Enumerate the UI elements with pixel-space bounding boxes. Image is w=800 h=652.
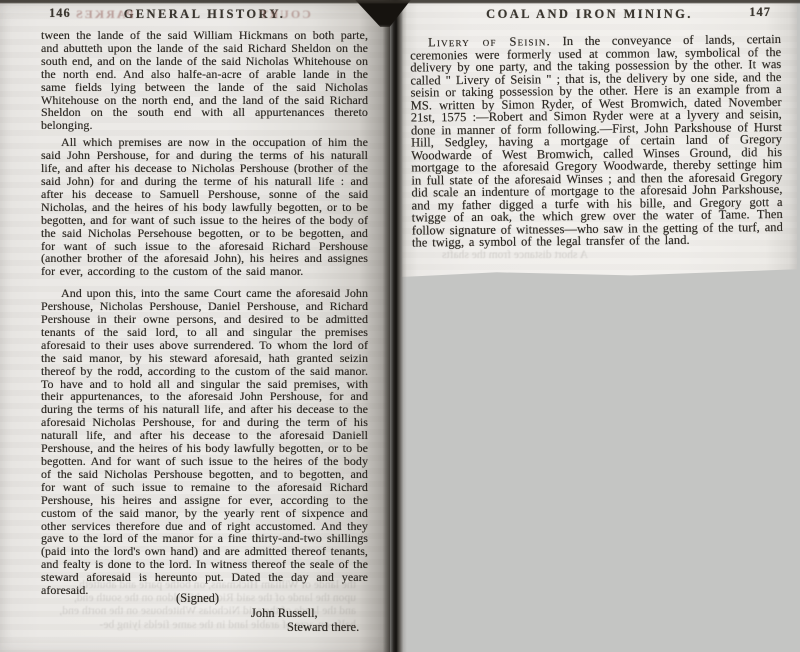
bleedthrough-line: the lande of William Hickmans, on bothe …	[4, 578, 356, 591]
book-spine-shadow	[383, 0, 407, 652]
paragraph-court-admission: And upon this, into the same Court came …	[41, 287, 368, 597]
right-page: COAL AND IRON MINING. 147 Livery of Seis…	[402, 0, 797, 277]
paragraph-court-roll-lands: tween the lande of the said William Hick…	[41, 29, 368, 132]
left-page: 146 GENERAL HISTORY. PARKES COURT tween …	[0, 0, 390, 652]
left-running-header: GENERAL HISTORY.	[41, 7, 368, 22]
bleedthrough-line: upon the lande of the said Richard Sheld…	[4, 591, 356, 604]
paragraph-body: In the conveyance of lands, certain cere…	[410, 32, 783, 250]
paragraph-livery-of-seisin: Livery of Seisin. In the conveyance of l…	[410, 33, 783, 249]
right-page-number: 147	[749, 5, 771, 20]
bleedthrough-line: halfe-an-acre of arable land in the same…	[4, 618, 356, 631]
scan-top-edge	[0, 0, 800, 4]
bleedthrough-right-text: A short distance from the shafts	[442, 249, 588, 261]
book-scan: 146 GENERAL HISTORY. PARKES COURT tween …	[0, 0, 800, 652]
paragraph-premises-occupation: All which premises are now in the occupa…	[41, 136, 368, 278]
left-text-column: tween the lande of the said William Hick…	[41, 29, 368, 601]
right-text-column: Livery of Seisin. In the conveyance of l…	[410, 33, 783, 249]
right-running-header: COAL AND IRON MINING.	[412, 7, 767, 22]
bleedthrough-line: and the lande of the said Nicholas White…	[4, 604, 356, 617]
bleedthrough-bottom-text: the lande of William Hickmans, on bothe …	[4, 578, 356, 631]
